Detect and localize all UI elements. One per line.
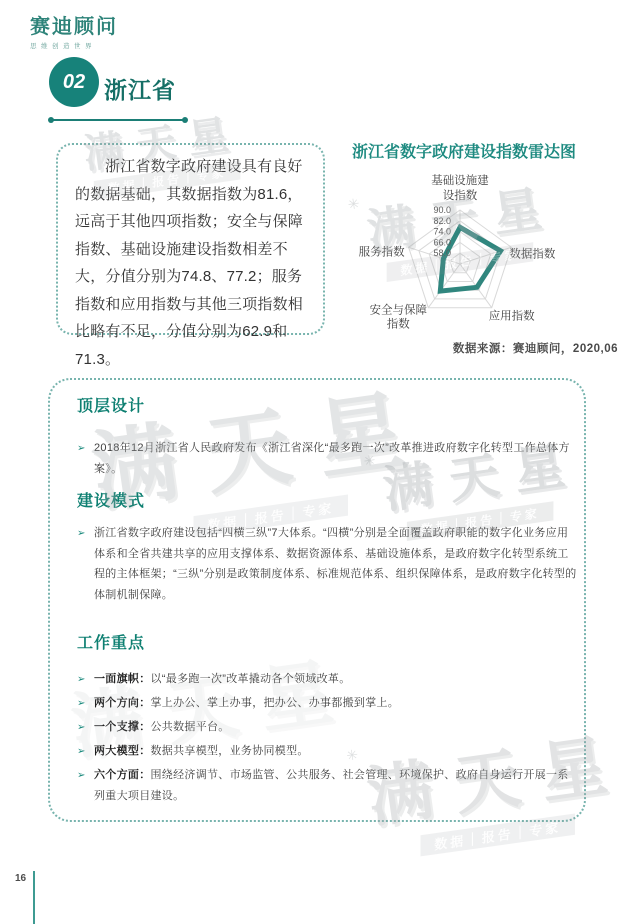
section-heading: 工作重点 [77,633,579,655]
radar-chart: 90.082.074.066.058.0基础设施建设指数数据指数应用指数安全与保… [340,158,600,350]
content-box: 顶层设计 ➢ 2018年12月浙江省人民政府发布《浙江省深化“最多跑一次”改革推… [48,378,586,822]
section-top-level-design: 顶层设计 ➢ 2018年12月浙江省人民政府发布《浙江省深化“最多跑一次”改革推… [77,396,579,483]
list-item: ➢ 一个支撑：公共数据平台。 [77,717,579,738]
title-underline [52,119,184,121]
list-item: ➢ 一面旗帜：以“最多跑一次”改革撬动各个领域改革。 [77,669,579,690]
bullet-arrow-icon: ➢ [77,693,94,714]
radar-axis-label: 服务指数 [359,244,405,258]
report-page: 赛迪顾问 思维创造世界 02 浙江省 浙江省数字政府建设具有良好的数据基础，其数… [0,0,640,924]
bullet-text: 数据共享模型，业务协同模型。 [151,745,309,757]
page-title: 浙江省 [104,72,176,105]
summary-card: 浙江省数字政府建设具有良好的数据基础，其数据指数为81.6，远高于其他四项指数；… [56,143,325,335]
summary-text: 浙江省数字政府建设具有良好的数据基础，其数据指数为81.6，远高于其他四项指数；… [58,151,323,373]
radar-axis-label: 安全与保障 [370,303,428,317]
radar-tick-label: 82.0 [433,216,451,226]
bullet-label: 两大模型： [94,745,151,757]
list-item: ➢ 六个方面：围绕经济调节、市场监管、公共服务、社会管理、环境保护、政府自身运行… [77,765,579,807]
page-number: 16 [15,873,26,884]
footer-rule [33,871,35,924]
data-source-note: 数据来源：赛迪顾问，2020,06 [453,340,618,356]
radar-tick-label: 74.0 [433,227,451,237]
logo-tagline: 思维创造世界 [30,41,118,50]
radar-tick-label: 90.0 [433,205,451,215]
radar-axis-label: 指数 [387,317,410,331]
list-item: ➢ 两个方向：掌上办公、掌上办事，把办公、办事都搬到掌上。 [77,693,579,714]
radar-axis-label: 应用指数 [489,309,535,323]
section-work-focus: 工作重点 ➢ 一面旗帜：以“最多跑一次”改革撬动各个领域改革。 ➢ 两个方向：掌… [77,633,579,810]
radar-axis-label: 基础设施建 [431,173,489,187]
bullet-text: 浙江省数字政府建设包括“四横三纵”7大体系。“四横”分别是全面覆盖政府职能的数字… [94,527,577,601]
logo-name: 赛迪顾问 [30,10,118,39]
bullet-text: 围绕经济调节、市场监管、公共服务、社会管理、环境保护、政府自身运行开展一系列重大… [94,769,569,802]
bullet-text: 以“最多跑一次”改革撬动各个领域改革。 [151,673,351,685]
list-item: ➢ 两大模型：数据共享模型，业务协同模型。 [77,741,579,762]
bullet-text: 掌上办公、掌上办事，把办公、办事都搬到掌上。 [151,697,400,709]
radar-tick-label: 58.0 [433,248,451,258]
bullet-label: 一面旗帜： [94,673,151,685]
bullet-text: 2018年12月浙江省人民政府发布《浙江省深化“最多跑一次”改革推进政府数字化转… [94,442,570,475]
list-item: ➢ 浙江省数字政府建设包括“四横三纵”7大体系。“四横”分别是全面覆盖政府职能的… [77,523,579,605]
section-construction-model: 建设模式 ➢ 浙江省数字政府建设包括“四横三纵”7大体系。“四横”分别是全面覆盖… [77,491,579,608]
bullet-text: 公共数据平台。 [151,721,230,733]
bullet-arrow-icon: ➢ [77,717,94,738]
bullet-arrow-icon: ➢ [77,523,94,544]
list-item: ➢ 2018年12月浙江省人民政府发布《浙江省深化“最多跑一次”改革推进政府数字… [77,438,579,480]
radar-axis-label: 数据指数 [509,246,555,260]
bullet-arrow-icon: ➢ [77,438,94,459]
bullet-label: 六个方面： [94,769,151,781]
bullet-arrow-icon: ➢ [77,669,94,690]
radar-tick-label: 66.0 [433,237,451,247]
bullet-label: 一个支撑： [94,721,151,733]
bullet-arrow-icon: ➢ [77,741,94,762]
radar-axis-label: 设指数 [443,188,478,202]
bullet-label: 两个方向： [94,697,151,709]
company-logo: 赛迪顾问 思维创造世界 [30,10,118,50]
section-heading: 建设模式 [77,491,579,513]
section-number-badge: 02 [49,57,99,107]
section-heading: 顶层设计 [77,396,579,418]
bullet-arrow-icon: ➢ [77,765,94,786]
